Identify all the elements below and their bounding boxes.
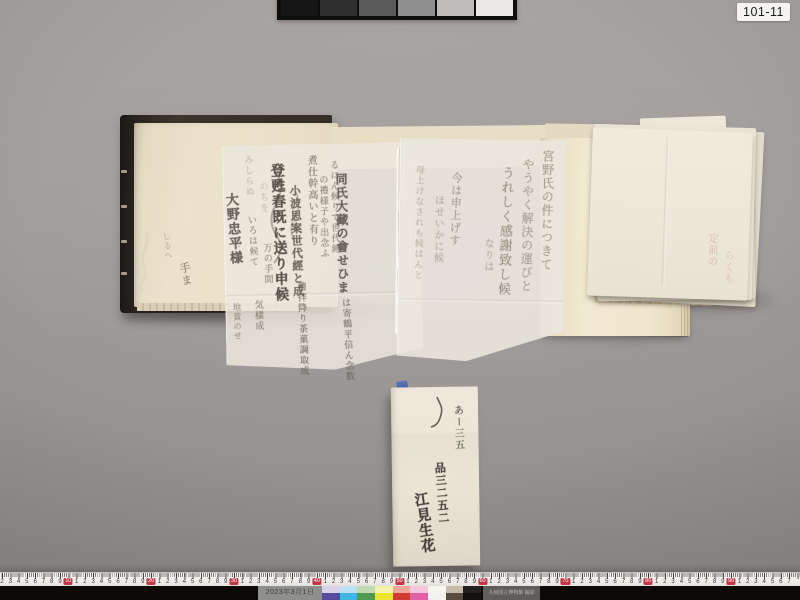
ruler-number: 2 — [332, 579, 335, 586]
ruler-number-decade: 60 — [478, 578, 487, 585]
ruler-number: 3 — [754, 579, 757, 586]
ruler-number: 9 — [141, 579, 144, 586]
ruler-number: 2 — [0, 579, 3, 586]
ruler-number: 5 — [771, 579, 774, 586]
ruler-number: 2 — [663, 579, 666, 586]
ruler-number: 5 — [688, 579, 691, 586]
tissue-sheet-faint-letter — [397, 138, 566, 363]
ruler-number: 5 — [274, 579, 277, 586]
ruler-number: 3 — [589, 579, 592, 586]
ruler-number: 8 — [133, 579, 136, 586]
measuring-ruler: 2345678910123456789201234567893012345678… — [0, 572, 800, 587]
stack-sheet-top — [587, 127, 753, 300]
ruler-number: 4 — [763, 579, 766, 586]
ruler-number-decade: 20 — [147, 578, 156, 585]
ruler-number: 9 — [473, 579, 476, 586]
ruler-number: 7 — [207, 579, 210, 586]
ruler-number: 1 — [241, 579, 244, 586]
color-patch — [322, 593, 340, 600]
ruler-number: 7 — [290, 579, 293, 586]
ruler-number: 2 — [166, 579, 169, 586]
color-patch — [357, 586, 375, 593]
color-patch — [357, 593, 375, 600]
ruler-number: 8 — [547, 579, 550, 586]
ruler-number: 9 — [555, 579, 558, 586]
ruler-number: 5 — [191, 579, 194, 586]
ruler-number: 6 — [365, 579, 368, 586]
ruler-number: 6 — [116, 579, 119, 586]
ruler-number: 5 — [439, 579, 442, 586]
ruler-number: 4 — [431, 579, 434, 586]
grayscale-patch — [398, 0, 435, 16]
archival-photo: 101-11 みしらぬのちをりしるへ手ま大野忠平様いろは候て登甦春既に送り申候小… — [0, 0, 800, 600]
ruler-number: 2 — [83, 579, 86, 586]
color-calibration-bar — [322, 586, 481, 600]
ruler-number: 4 — [100, 579, 103, 586]
grayscale-patch — [437, 0, 474, 16]
ruler-number: 4 — [680, 579, 683, 586]
photo-id-label: 101-11 — [737, 3, 790, 21]
ruler-number: 5 — [25, 579, 28, 586]
grayscale-patch — [359, 0, 396, 16]
ruler-number: 4 — [348, 579, 351, 586]
ruler-number: 8 — [216, 579, 219, 586]
color-patch — [410, 593, 428, 600]
ruler-number-decade: 90 — [727, 578, 736, 585]
ruler-number: 8 — [50, 579, 53, 586]
ruler-number: 3 — [174, 579, 177, 586]
color-patch — [428, 586, 446, 593]
grayscale-patch — [320, 0, 357, 16]
grayscale-calibration-bar — [277, 0, 517, 20]
color-patch — [375, 586, 393, 593]
ruler-number: 1 — [738, 579, 741, 586]
ruler-number: 3 — [506, 579, 509, 586]
ruler-number: 9 — [224, 579, 227, 586]
ruler-number: 6 — [779, 579, 782, 586]
ruler-number: 5 — [357, 579, 360, 586]
ruler-number: 5 — [108, 579, 111, 586]
ruler-number: 1 — [158, 579, 161, 586]
ruler-number: 2 — [415, 579, 418, 586]
ruler-number: 1 — [572, 579, 575, 586]
ruler-number: 2 — [746, 579, 749, 586]
ruler-number: 4 — [265, 579, 268, 586]
ruler-number: 5 — [605, 579, 608, 586]
color-patch — [463, 586, 481, 593]
ruler-number: 7 — [705, 579, 708, 586]
ruler-number: 4 — [17, 579, 20, 586]
grayscale-patch — [281, 0, 318, 16]
spine-stitch — [121, 170, 127, 173]
ruler-number: 9 — [390, 579, 393, 586]
ruler-number: 6 — [696, 579, 699, 586]
ruler-number: 7 — [373, 579, 376, 586]
spine-stitch — [121, 205, 127, 208]
ruler-number: 7 — [787, 579, 790, 586]
date-label: 2023年3月1日 — [258, 586, 322, 600]
ruler-number: 5 — [522, 579, 525, 586]
color-patch — [410, 586, 428, 593]
spine-stitch — [121, 272, 127, 275]
ruler-number-decade: 30 — [229, 578, 238, 585]
ruler-number: 7 — [125, 579, 128, 586]
ruler-number: 6 — [613, 579, 616, 586]
ruler-number: 2 — [249, 579, 252, 586]
color-patch — [322, 586, 340, 593]
color-patch — [340, 593, 358, 600]
color-patch — [375, 593, 393, 600]
ruler-number-decade: 40 — [312, 578, 321, 585]
ruler-number: 6 — [448, 579, 451, 586]
ruler-number: 1 — [406, 579, 409, 586]
ruler-number: 1 — [489, 579, 492, 586]
credit-label: 九州国立博物館 撮影 — [483, 586, 540, 600]
ruler-number: 4 — [597, 579, 600, 586]
ruler-number-decade: 50 — [395, 578, 404, 585]
ruler-number: 4 — [514, 579, 517, 586]
ruler-number: 6 — [282, 579, 285, 586]
ruler-number: 7 — [42, 579, 45, 586]
color-patch — [446, 586, 464, 593]
ruler-number: 1 — [655, 579, 658, 586]
grayscale-patch — [476, 0, 513, 16]
ruler-number-decade: 70 — [561, 578, 570, 585]
ruler-number: 6 — [199, 579, 202, 586]
ruler-number: 3 — [671, 579, 674, 586]
ruler-number: 9 — [58, 579, 61, 586]
spine-stitch — [121, 240, 127, 243]
ruler-number: 7 — [456, 579, 459, 586]
ruler-number: 3 — [423, 579, 426, 586]
ruler-number: 6 — [33, 579, 36, 586]
ruler-number: 8 — [381, 579, 384, 586]
color-patch — [446, 593, 464, 600]
ruler-number: 8 — [713, 579, 716, 586]
color-patch — [428, 593, 446, 600]
color-patch — [393, 586, 411, 593]
ruler-number: 3 — [9, 579, 12, 586]
ruler-number: 9 — [721, 579, 724, 586]
ruler-number: 9 — [307, 579, 310, 586]
ruler-number: 4 — [183, 579, 186, 586]
info-bar: 2023年3月1日 九州国立博物館 撮影 — [0, 586, 800, 600]
ruler-number-decade: 10 — [64, 578, 73, 585]
ruler-number: 7 — [622, 579, 625, 586]
ruler-number: 7 — [539, 579, 542, 586]
ruler-number: 8 — [299, 579, 302, 586]
ruler-number: 3 — [257, 579, 260, 586]
ruler-number: 6 — [531, 579, 534, 586]
color-patch — [393, 593, 411, 600]
ruler-number: 8 — [464, 579, 467, 586]
ruler-number: 1 — [323, 579, 326, 586]
ruler-number: 3 — [340, 579, 343, 586]
ruler-number: 9 — [638, 579, 641, 586]
tissue-sheet-bold-letter — [222, 142, 424, 372]
ruler-number-decade: 80 — [644, 578, 653, 585]
memo-slip — [391, 386, 480, 566]
ruler-number: 2 — [497, 579, 500, 586]
ruler-number: 8 — [630, 579, 633, 586]
ruler-number: 3 — [91, 579, 94, 586]
ruler-number: 2 — [580, 579, 583, 586]
color-patch — [340, 586, 358, 593]
color-patch — [463, 593, 481, 600]
ruler-number: 1 — [75, 579, 78, 586]
